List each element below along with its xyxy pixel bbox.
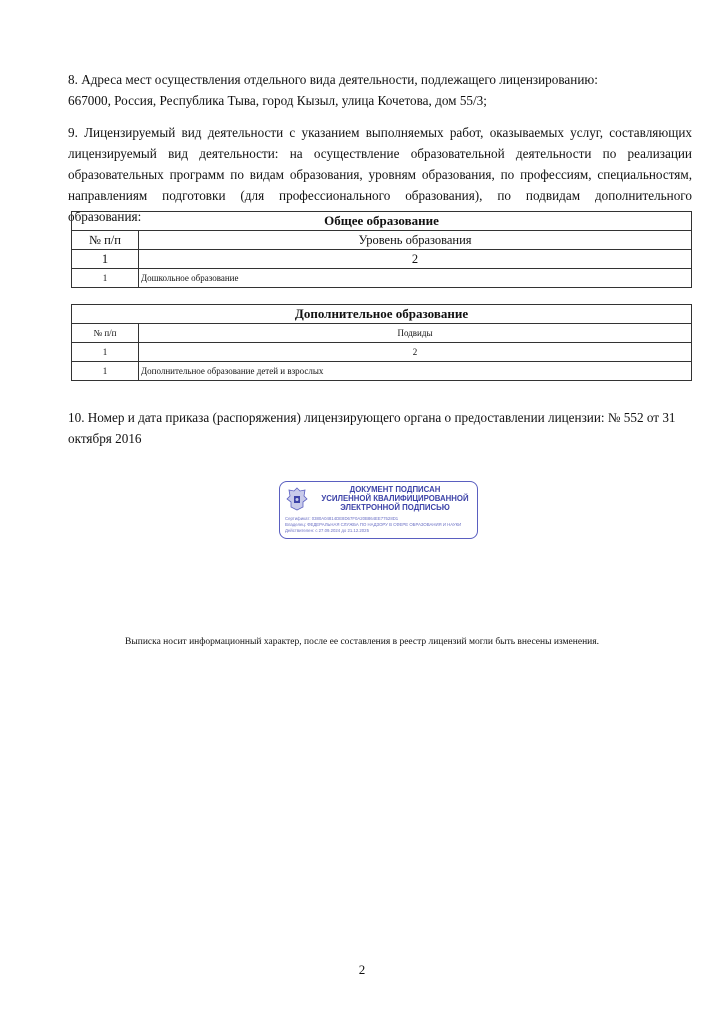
section-9-line: направлениям подготовки (для профессиона… [68, 185, 692, 206]
section-10-line: октября 2016 [68, 428, 692, 449]
stamp-title: ДОКУМЕНТ ПОДПИСАН УСИЛЕННОЙ КВАЛИФИЦИРОВ… [314, 485, 476, 512]
section-9-line: 9. Лицензируемый вид деятельности с указ… [68, 122, 692, 143]
section-8: 8. Адреса мест осуществления отдельного … [68, 69, 692, 111]
column-header-number: № п/п [72, 324, 139, 343]
column-number-label: 1 [72, 250, 139, 269]
table-title: Общее образование [72, 212, 692, 231]
table-row: 1 Дополнительное образование детей и взр… [72, 362, 692, 381]
row-value: Дополнительное образование детей и взрос… [139, 362, 692, 381]
disclaimer-note: Выписка носит информационный характер, п… [0, 637, 724, 647]
column-header-level: Уровень образования [139, 231, 692, 250]
electronic-signature-stamp: ДОКУМЕНТ ПОДПИСАН УСИЛЕННОЙ КВАЛИФИЦИРОВ… [279, 481, 478, 539]
row-number: 1 [72, 362, 139, 381]
page-number: 2 [0, 962, 724, 978]
stamp-validity: Действителен: с 27.09.2024 до 21.12.2025 [285, 528, 475, 534]
column-number-label: 1 [72, 343, 139, 362]
section-9-line: лицензируемый вид деятельности: на осуще… [68, 143, 692, 164]
stamp-certificate: Сертификат: 0380A04814DE8D67F0A20B864EE7… [285, 516, 475, 522]
row-number: 1 [72, 269, 139, 288]
general-education-table: Общее образование № п/п Уровень образова… [71, 211, 692, 288]
section-9-line: образовательных программ по видам образо… [68, 164, 692, 185]
column-header-number: № п/п [72, 231, 139, 250]
table-row: 1 Дошкольное образование [72, 269, 692, 288]
section-10: 10. Номер и дата приказа (распоряжения) … [68, 407, 692, 449]
additional-education-table: Дополнительное образование № п/п Подвиды… [71, 304, 692, 381]
stamp-owner: Владелец: ФЕДЕРАЛЬНАЯ СЛУЖБА ПО НАДЗОРУ … [285, 522, 475, 528]
column-number-label: 2 [139, 250, 692, 269]
row-value: Дошкольное образование [139, 269, 692, 288]
column-number-label: 2 [139, 343, 692, 362]
column-header-subtypes: Подвиды [139, 324, 692, 343]
coat-of-arms-icon [286, 487, 308, 511]
table-title: Дополнительное образование [72, 305, 692, 324]
section-10-line: 10. Номер и дата приказа (распоряжения) … [68, 407, 692, 428]
section-8-address: 667000, Россия, Республика Тыва, город К… [68, 90, 692, 111]
section-8-heading: 8. Адреса мест осуществления отдельного … [68, 69, 692, 90]
